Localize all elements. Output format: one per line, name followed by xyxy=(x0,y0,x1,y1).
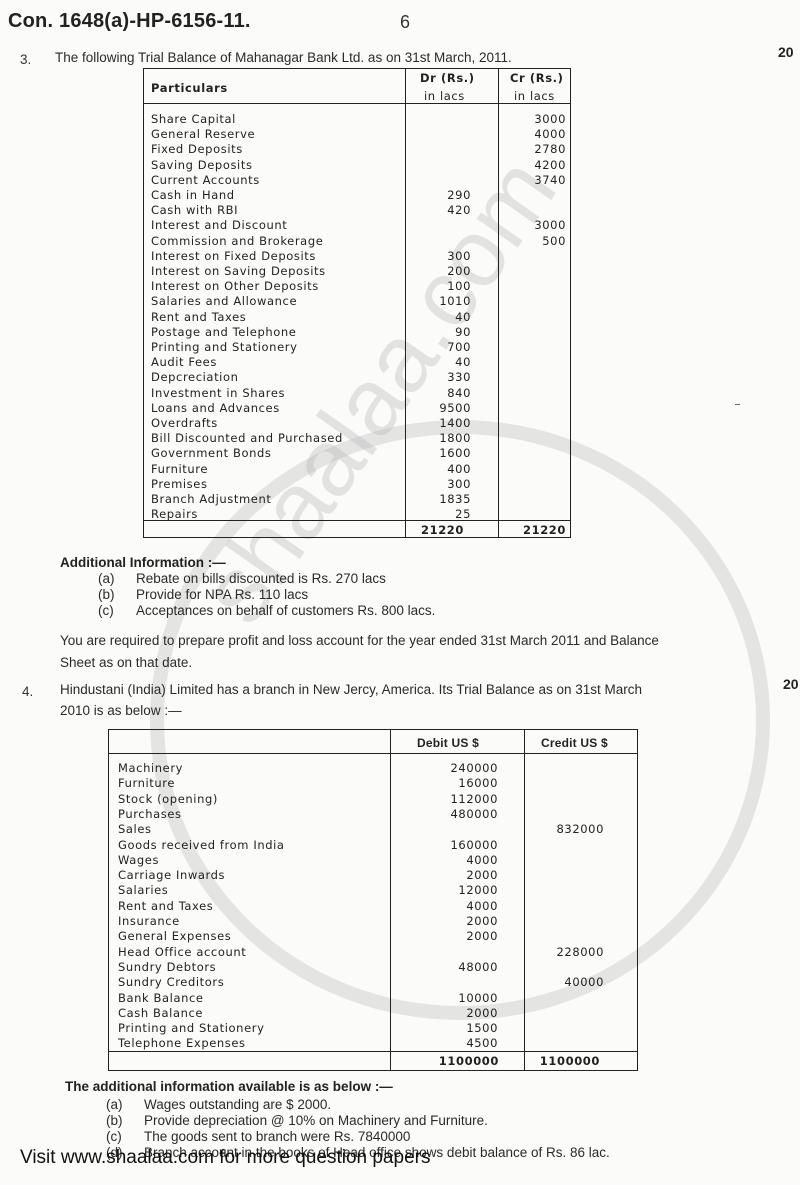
row-debit: 112000 xyxy=(400,792,498,807)
table-row: Cash in Hand290 xyxy=(151,188,570,203)
row-label: General Reserve xyxy=(151,127,255,142)
additional-info-item: (b)Provide for NPA Rs. 110 lacs xyxy=(98,587,308,602)
row-debit: 25 xyxy=(413,507,471,522)
row-debit: 1400 xyxy=(413,416,471,431)
additional-info-item: (c)Acceptances on behalf of customers Rs… xyxy=(98,603,435,618)
row-label: Printing and Stationery xyxy=(151,340,297,355)
row-label: Bank Balance xyxy=(118,991,204,1006)
item-letter: (b) xyxy=(106,1113,144,1128)
additional-info-item: (a)Rebate on bills discounted is Rs. 270… xyxy=(98,571,386,586)
row-label: Overdrafts xyxy=(151,416,218,431)
table-row: Goods received from India160000 xyxy=(118,838,637,853)
row-credit: 500 xyxy=(503,234,566,249)
row-label: Repairs xyxy=(151,507,198,522)
total-debit: 1100000 xyxy=(401,1053,499,1069)
row-label: Rent and Taxes xyxy=(151,310,246,325)
row-label: Head Office account xyxy=(118,945,246,960)
table-row: Depcreciation330 xyxy=(151,370,570,385)
table-row: Investment in Shares840 xyxy=(151,386,570,401)
table-row: Postage and Telephone90 xyxy=(151,325,570,340)
row-label: Premises xyxy=(151,477,208,492)
table-row: Furniture400 xyxy=(151,462,570,477)
row-debit: 480000 xyxy=(400,807,498,822)
row-label: Furniture xyxy=(151,462,208,477)
item-text: Provide depreciation @ 10% on Machinery … xyxy=(144,1113,488,1128)
question-3-additional-title: Additional Information :— xyxy=(60,555,226,570)
row-debit: 4500 xyxy=(400,1036,498,1051)
table-row: Wages4000 xyxy=(118,853,637,868)
trial-balance-table-bank: Particulars Dr (Rs.) in lacs Cr (Rs.) in… xyxy=(143,68,571,538)
row-label: Telephone Expenses xyxy=(118,1036,246,1051)
item-letter: (c) xyxy=(98,603,136,618)
table-row: Cash with RBI420 xyxy=(151,203,570,218)
row-label: Salaries and Allowance xyxy=(151,294,297,309)
row-label: Interest on Fixed Deposits xyxy=(151,249,316,264)
table-row: Carriage Inwards2000 xyxy=(118,868,637,883)
row-label: Interest and Discount xyxy=(151,218,287,233)
table-row: Government Bonds1600 xyxy=(151,446,570,461)
row-debit: 16000 xyxy=(400,776,498,791)
row-label: Saving Deposits xyxy=(151,158,253,173)
item-letter: (c) xyxy=(106,1129,144,1144)
additional-info-item: (c)The goods sent to branch were Rs. 784… xyxy=(106,1129,410,1144)
footer-link[interactable]: Visit www.shaalaa.com for more question … xyxy=(20,1147,430,1169)
table-row: Salaries and Allowance1010 xyxy=(151,294,570,309)
table-row: Sales832000 xyxy=(118,822,637,837)
total-cr: 21220 xyxy=(503,522,566,538)
row-debit: 200 xyxy=(413,264,471,279)
question-4-intro-line2: 2010 is as below :— xyxy=(60,703,182,718)
row-debit: 4000 xyxy=(400,853,498,868)
item-letter: (a) xyxy=(98,571,136,586)
question-3-number: 3. xyxy=(20,52,31,67)
table-row: Bill Discounted and Purchased1800 xyxy=(151,431,570,446)
item-text: Provide for NPA Rs. 110 lacs xyxy=(136,587,308,602)
row-credit: 832000 xyxy=(526,822,604,837)
table-row: Telephone Expenses4500 xyxy=(118,1036,637,1051)
table-row: Interest on Other Deposits100 xyxy=(151,279,570,294)
item-text: Rebate on bills discounted is Rs. 270 la… xyxy=(136,571,386,586)
row-label: Investment in Shares xyxy=(151,386,285,401)
row-credit: 3000 xyxy=(503,112,566,127)
table-row: Branch Adjustment1835 xyxy=(151,492,570,507)
item-text: Wages outstanding are $ 2000. xyxy=(144,1097,331,1112)
row-label: Interest on Saving Deposits xyxy=(151,264,326,279)
row-label: General Expenses xyxy=(118,929,231,944)
table-row: Repairs25 xyxy=(151,507,570,522)
row-label: Bill Discounted and Purchased xyxy=(151,431,343,446)
row-label: Fixed Deposits xyxy=(151,142,243,157)
row-label: Purchases xyxy=(118,807,182,822)
table-row: Interest and Discount3000 xyxy=(151,218,570,233)
question-4-marks: 20 xyxy=(783,676,799,692)
row-debit: 160000 xyxy=(400,838,498,853)
table-row: Machinery240000 xyxy=(118,761,637,776)
row-label: Printing and Stationery xyxy=(118,1021,264,1036)
row-label: Rent and Taxes xyxy=(118,899,213,914)
table-row: Rent and Taxes4000 xyxy=(118,899,637,914)
header-credit: Credit US $ xyxy=(541,736,608,750)
question-3-requirement-line2: Sheet as on that date. xyxy=(60,655,192,670)
row-debit: 300 xyxy=(413,249,471,264)
table-row: Head Office account228000 xyxy=(118,945,637,960)
item-letter: (a) xyxy=(106,1097,144,1112)
row-label: Depcreciation xyxy=(151,370,239,385)
question-4-number: 4. xyxy=(22,684,33,699)
row-label: Insurance xyxy=(118,914,180,929)
row-label: Salaries xyxy=(118,883,168,898)
trial-balance-table-branch: Debit US $ Credit US $ Machinery240000Fu… xyxy=(108,729,638,1071)
row-debit: 1010 xyxy=(413,294,471,309)
additional-info-item: (b)Provide depreciation @ 10% on Machine… xyxy=(106,1113,488,1128)
row-debit: 10000 xyxy=(400,991,498,1006)
row-debit: 840 xyxy=(413,386,471,401)
row-label: Interest on Other Deposits xyxy=(151,279,319,294)
table-row: Purchases480000 xyxy=(118,807,637,822)
table-row: Current Accounts3740 xyxy=(151,173,570,188)
table-row: Stock (opening)112000 xyxy=(118,792,637,807)
table-row: Fixed Deposits2780 xyxy=(151,142,570,157)
row-debit: 2000 xyxy=(400,929,498,944)
table-row: Premises300 xyxy=(151,477,570,492)
row-debit: 48000 xyxy=(400,960,498,975)
total-credit: 1100000 xyxy=(522,1053,600,1069)
header-cr-line2: in lacs xyxy=(514,89,555,103)
row-label: Sundry Creditors xyxy=(118,975,224,990)
table-row: General Expenses2000 xyxy=(118,929,637,944)
table-row: General Reserve4000 xyxy=(151,127,570,142)
row-credit: 3000 xyxy=(503,218,566,233)
page-number: 6 xyxy=(400,12,410,33)
total-dr: 21220 xyxy=(406,522,464,538)
question-4-additional-title: The additional information available is … xyxy=(65,1079,393,1094)
item-letter: (b) xyxy=(98,587,136,602)
row-credit: 228000 xyxy=(526,945,604,960)
item-text: The goods sent to branch were Rs. 784000… xyxy=(144,1129,410,1144)
row-label: Audit Fees xyxy=(151,355,217,370)
row-label: Sales xyxy=(118,822,152,837)
table-row: Cash Balance2000 xyxy=(118,1006,637,1021)
row-debit: 1600 xyxy=(413,446,471,461)
header-dr-line2: in lacs xyxy=(424,89,465,103)
row-label: Wages xyxy=(118,853,159,868)
stray-mark xyxy=(735,404,740,405)
row-label: Commission and Brokerage xyxy=(151,234,323,249)
row-debit: 240000 xyxy=(400,761,498,776)
row-label: Branch Adjustment xyxy=(151,492,271,507)
item-text: Acceptances on behalf of customers Rs. 8… xyxy=(136,603,435,618)
table-row: Printing and Stationery700 xyxy=(151,340,570,355)
table-row: Commission and Brokerage500 xyxy=(151,234,570,249)
row-debit: 90 xyxy=(413,325,471,340)
table-row: Rent and Taxes40 xyxy=(151,310,570,325)
question-3-requirement-line1: You are required to prepare profit and l… xyxy=(60,633,659,648)
row-debit: 40 xyxy=(413,310,471,325)
question-3-marks: 20 xyxy=(778,44,794,60)
row-label: Machinery xyxy=(118,761,183,776)
row-credit: 3740 xyxy=(503,173,566,188)
row-label: Sundry Debtors xyxy=(118,960,216,975)
row-credit: 4000 xyxy=(503,127,566,142)
row-debit: 1500 xyxy=(400,1021,498,1036)
table-row: Share Capital3000 xyxy=(151,112,570,127)
table-row: Loans and Advances9500 xyxy=(151,401,570,416)
row-label: Current Accounts xyxy=(151,173,260,188)
row-label: Cash in Hand xyxy=(151,188,235,203)
row-label: Postage and Telephone xyxy=(151,325,296,340)
table-row: Saving Deposits4200 xyxy=(151,158,570,173)
row-debit: 2000 xyxy=(400,1006,498,1021)
header-dr-line1: Dr (Rs.) xyxy=(420,71,475,85)
row-debit: 2000 xyxy=(400,868,498,883)
row-debit: 4000 xyxy=(400,899,498,914)
row-label: Carriage Inwards xyxy=(118,868,225,883)
row-credit: 40000 xyxy=(526,975,604,990)
table-row: Printing and Stationery1500 xyxy=(118,1021,637,1036)
row-debit: 2000 xyxy=(400,914,498,929)
table-row: Interest on Fixed Deposits300 xyxy=(151,249,570,264)
row-debit: 12000 xyxy=(400,883,498,898)
header-particulars: Particulars xyxy=(151,81,228,95)
row-label: Goods received from India xyxy=(118,838,285,853)
table-row: Salaries12000 xyxy=(118,883,637,898)
additional-info-item: (a)Wages outstanding are $ 2000. xyxy=(106,1097,331,1112)
paper-code: Con. 1648(a)-HP-6156-11. xyxy=(8,10,251,33)
table-row: Sundry Creditors40000 xyxy=(118,975,637,990)
row-debit: 300 xyxy=(413,477,471,492)
header-cr-line1: Cr (Rs.) xyxy=(510,71,564,85)
table-row: Insurance2000 xyxy=(118,914,637,929)
table-row: Sundry Debtors48000 xyxy=(118,960,637,975)
row-debit: 290 xyxy=(413,188,471,203)
table-row: Interest on Saving Deposits200 xyxy=(151,264,570,279)
header-debit: Debit US $ xyxy=(417,736,479,750)
table-row: Audit Fees40 xyxy=(151,355,570,370)
question-4-intro-line1: Hindustani (India) Limited has a branch … xyxy=(60,682,642,697)
question-3-intro: The following Trial Balance of Mahanagar… xyxy=(55,50,512,65)
row-label: Loans and Advances xyxy=(151,401,280,416)
row-credit: 4200 xyxy=(503,158,566,173)
row-label: Cash Balance xyxy=(118,1006,203,1021)
row-label: Government Bonds xyxy=(151,446,271,461)
row-label: Share Capital xyxy=(151,112,236,127)
row-debit: 100 xyxy=(413,279,471,294)
row-label: Furniture xyxy=(118,776,175,791)
table-row: Furniture16000 xyxy=(118,776,637,791)
row-debit: 9500 xyxy=(413,401,471,416)
row-debit: 1835 xyxy=(413,492,471,507)
row-debit: 1800 xyxy=(413,431,471,446)
row-debit: 40 xyxy=(413,355,471,370)
table-row: Bank Balance10000 xyxy=(118,991,637,1006)
row-label: Stock (opening) xyxy=(118,792,218,807)
table-row: Overdrafts1400 xyxy=(151,416,570,431)
row-debit: 420 xyxy=(413,203,471,218)
row-credit: 2780 xyxy=(503,142,566,157)
row-debit: 400 xyxy=(413,462,471,477)
row-debit: 700 xyxy=(413,340,471,355)
row-debit: 330 xyxy=(413,370,471,385)
row-label: Cash with RBI xyxy=(151,203,238,218)
